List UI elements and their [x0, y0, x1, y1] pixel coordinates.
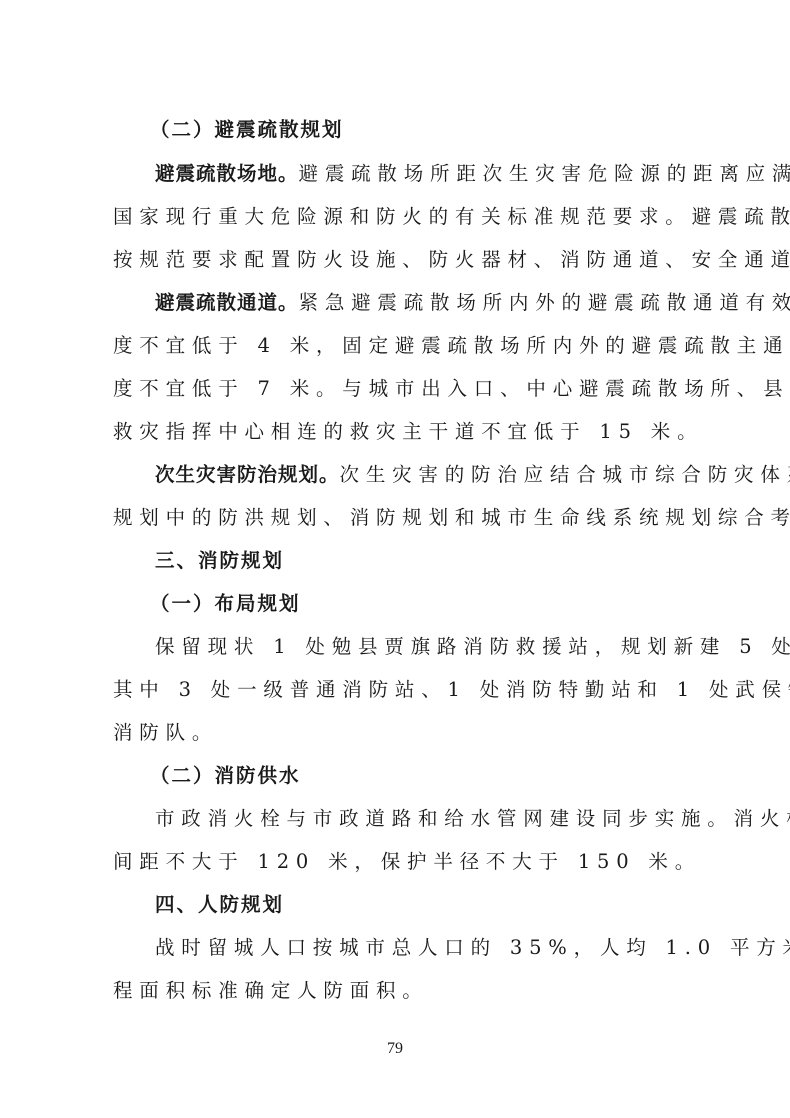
paragraph-evacuation-route: 避震疏散通道。紧急避震疏散场所内外的避震疏散通道有效宽 — [155, 288, 695, 318]
text-line: 规划中的防洪规划、消防规划和城市生命线系统规划综合考虑。 — [113, 503, 693, 533]
text-line: 市政消火栓与市政道路和给水管网建设同步实施。消火栓设置 — [155, 804, 695, 834]
text-line: 保留现状 1 处勉县贾旗路消防救援站，规划新建 5 处消防站， — [155, 632, 695, 662]
text-line: 救灾指挥中心相连的救灾主干道不宜低于 15 米。 — [113, 417, 693, 447]
text-line: 战时留城人口按城市总人口的 35%，人均 1.0 平方米的人防工 — [155, 933, 695, 963]
term-bold: 避震疏散通道。 — [155, 291, 299, 314]
text-line: 其中 3 处一级普通消防站、1 处消防特勤站和 1 处武侯镇一级专职 — [113, 675, 693, 705]
section-heading-evacuation: （二）避震疏散规划 — [150, 115, 730, 145]
text-line: 度不宜低于 4 米，固定避震疏散场所内外的避震疏散主通道有效宽 — [113, 331, 693, 361]
page-number: 79 — [0, 1040, 790, 1058]
text-line: 程面积标准确定人防面积。 — [113, 976, 693, 1006]
text-line: 国家现行重大危险源和防火的有关标准规范要求。避震疏散场所应 — [113, 202, 693, 232]
section-heading-civil-defense: 四、人防规划 — [155, 890, 695, 920]
section-heading-water: （二）消防供水 — [150, 761, 730, 791]
section-heading-layout: （一）布局规划 — [150, 589, 730, 619]
section-heading-fire: 三、消防规划 — [155, 546, 695, 576]
text-line: 按规范要求配置防火设施、防火器材、消防通道、安全通道。 — [113, 245, 693, 275]
text-line: 间距不大于 120 米，保护半径不大于 150 米。 — [113, 847, 693, 877]
text: 次生灾害的防治应结合城市综合防灾体系 — [340, 463, 790, 486]
paragraph-secondary-disaster: 次生灾害防治规划。次生灾害的防治应结合城市综合防灾体系 — [155, 460, 695, 490]
text-line: 度不宜低于 7 米。与城市出入口、中心避震疏散场所、县政府抗震 — [113, 374, 693, 404]
text-line: 消防队。 — [113, 718, 693, 748]
text: 避震疏散场所距次生灾害危险源的距离应满足 — [299, 162, 790, 185]
paragraph-evacuation-site: 避震疏散场地。避震疏散场所距次生灾害危险源的距离应满足 — [155, 159, 695, 189]
term-bold: 避震疏散场地。 — [155, 162, 299, 185]
term-bold: 次生灾害防治规划。 — [155, 463, 340, 486]
text: 紧急避震疏散场所内外的避震疏散通道有效宽 — [299, 291, 790, 314]
